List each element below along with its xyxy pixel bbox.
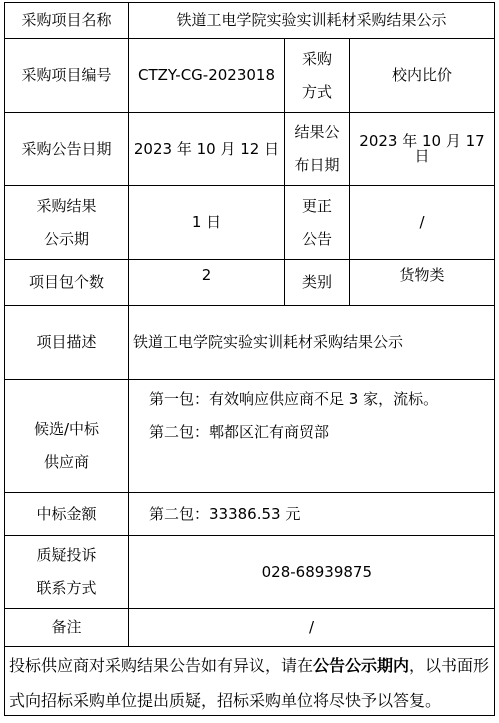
value-description: 铁道工电学院实验实训耗材采购结果公示 (133, 306, 493, 379)
label-complaint-contact: 质疑投诉 联系方式 (5, 536, 128, 608)
value-winning-amount: 第二包：33386.53 元 (149, 493, 493, 535)
label-category: 类别 (285, 260, 349, 305)
contact-phone: 028-68939875 (262, 565, 372, 580)
label-complaint-contact-line2: 联系方式 (36, 581, 96, 596)
label-correction-notice-line1: 更正 (302, 199, 332, 214)
value-remarks: / (129, 609, 494, 646)
label-package-count: 项目包个数 (5, 260, 128, 305)
label-result-date-line2: 布日期 (294, 158, 339, 173)
label-announce-date: 采购公告日期 (5, 113, 128, 185)
value-publicity-period: 1 日 (129, 186, 284, 259)
label-publicity-period-line1: 采购结果 (36, 199, 96, 214)
supplier-package-2: 第二包：郫都区汇有商贸部 (149, 425, 329, 440)
label-result-date: 结果公 布日期 (285, 113, 349, 185)
value-project-number: CTZY-CG-2023018 (129, 39, 284, 112)
label-suppliers-line2: 供应商 (44, 455, 89, 470)
value-result-date: 2023 年 10 月 17 日 (350, 113, 494, 185)
label-correction-notice-line2: 公告 (302, 232, 332, 247)
objection-notice-part1: 投标供应商对采购结果公告如有异议，请在 (9, 656, 313, 675)
label-suppliers-line1: 候选/中标 (34, 422, 99, 437)
value-suppliers: 第一包：有效响应供应商不足 3 家，流标。 第二包：郫都区汇有商贸部 (149, 380, 493, 492)
label-complaint-contact-line1: 质疑投诉 (36, 548, 96, 563)
label-project-number: 采购项目编号 (5, 39, 128, 112)
label-procurement-method-line2: 方式 (302, 85, 332, 100)
value-project-name: 铁道工电学院实验实训耗材采购结果公示 (129, 3, 494, 38)
label-procurement-method-line1: 采购 (302, 52, 332, 67)
label-publicity-period: 采购结果 公示期 (5, 186, 128, 259)
value-complaint-contact: 028-68939875 (129, 536, 384, 608)
label-remarks: 备注 (5, 609, 128, 646)
value-correction-notice: / (350, 186, 494, 259)
label-correction-notice: 更正 公告 (285, 186, 349, 259)
label-publicity-period-line2: 公示期 (44, 232, 89, 247)
label-project-name: 采购项目名称 (5, 3, 128, 38)
objection-notice-bold: 公告公示期内 (313, 656, 409, 675)
value-category: 货物类 (350, 260, 494, 290)
label-description: 项目描述 (5, 306, 128, 379)
value-procurement-method: 校内比价 (350, 39, 494, 112)
value-package-count: 2 (129, 260, 284, 290)
label-winning-amount: 中标金额 (5, 493, 128, 535)
label-result-date-line1: 结果公 (294, 125, 339, 140)
label-suppliers: 候选/中标 供应商 (5, 380, 128, 492)
label-procurement-method: 采购 方式 (285, 39, 349, 112)
procurement-result-table: 采购项目名称 铁道工电学院实验实训耗材采购结果公示 采购项目编号 CTZY-CG… (4, 2, 495, 716)
supplier-package-1: 第一包：有效响应供应商不足 3 家，流标。 (149, 392, 438, 407)
objection-notice: 投标供应商对采购结果公告如有异议，请在公告公示期内，以书面形式向招标采购单位提出… (9, 648, 493, 718)
value-announce-date: 2023 年 10 月 12 日 (129, 113, 284, 185)
